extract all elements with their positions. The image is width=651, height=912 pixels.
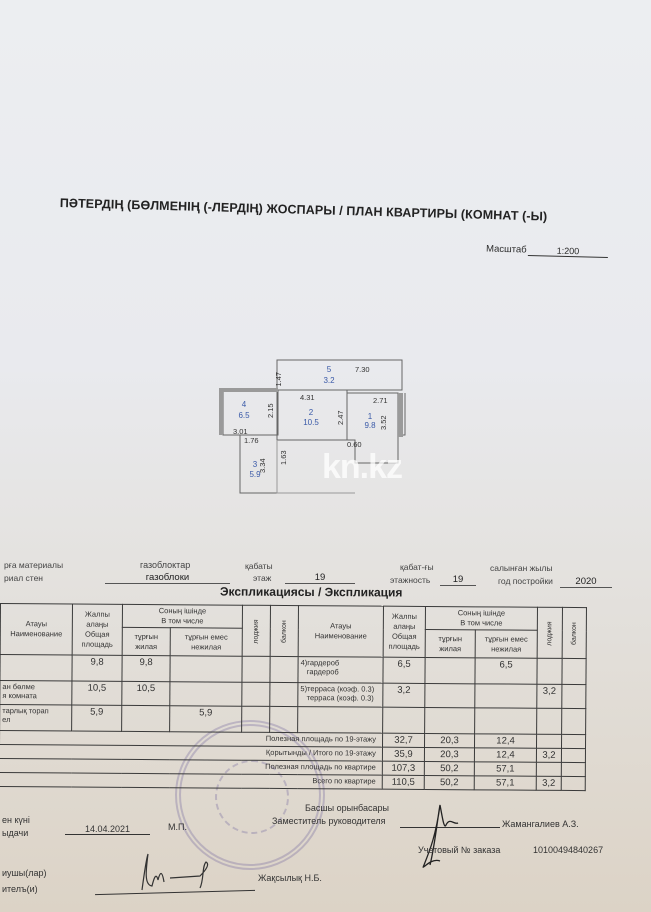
svg-text:10.5: 10.5 bbox=[303, 418, 319, 427]
date-label-ru: ыдачи bbox=[2, 828, 28, 838]
order-label: Учетовый № заказа bbox=[418, 845, 500, 855]
deputy-label-kz: Басшы орынбасары bbox=[305, 803, 389, 813]
header-loggia-2: лоджия bbox=[537, 607, 562, 658]
header-nonliving-2: тұрғын емеснежилая bbox=[475, 630, 537, 658]
seal-place-label: М.П. bbox=[168, 822, 187, 832]
year-label-kz: салынған жылы bbox=[490, 563, 553, 573]
totals-row: Всего по квартире 110,5 50,2 57,1 3,2 bbox=[0, 772, 585, 790]
svg-text:7.30: 7.30 bbox=[355, 365, 370, 374]
table-row: тарлық торапел 5,9 5,9 bbox=[0, 705, 586, 735]
floor-label-ru: этаж bbox=[253, 573, 271, 583]
svg-text:3.52: 3.52 bbox=[379, 415, 388, 430]
svg-text:1.47: 1.47 bbox=[274, 372, 283, 387]
year-label-ru: год постройки bbox=[498, 576, 553, 586]
header-total-2: Жалпы алаңыОбщая площадь bbox=[383, 606, 425, 657]
svg-text:2.15: 2.15 bbox=[266, 403, 275, 418]
room-5-terrace bbox=[277, 360, 402, 390]
deputy-signature bbox=[410, 795, 470, 875]
svg-text:5.9: 5.9 bbox=[249, 470, 261, 479]
floors-label-kz: қабат-ғы bbox=[400, 562, 434, 572]
floors-value: 19 bbox=[440, 574, 476, 586]
explication-table: АтауыНаименование Жалпы алаңыОбщая площа… bbox=[0, 603, 587, 791]
svg-text:2.47: 2.47 bbox=[336, 410, 345, 425]
order-number: 10100494840267 bbox=[533, 845, 603, 855]
svg-text:3.2: 3.2 bbox=[323, 376, 335, 385]
year-value: 2020 bbox=[560, 576, 612, 588]
table-row: 9,8 9,8 4)гардероб гардероб 6,5 6,5 bbox=[0, 655, 586, 685]
wall-material-label-ru: риал стен bbox=[4, 573, 43, 583]
floors-label-ru: этажность bbox=[390, 575, 430, 585]
svg-text:1.76: 1.76 bbox=[244, 436, 259, 445]
header-living: тұрғынжилая bbox=[122, 627, 170, 655]
wall-material-kz: газоблоктар bbox=[140, 560, 190, 570]
owner-name: Жақсылық Н.Б. bbox=[258, 873, 322, 883]
owner-label-kz: иушы(лар) bbox=[2, 868, 46, 878]
svg-text:9.8: 9.8 bbox=[364, 421, 376, 430]
svg-text:2.71: 2.71 bbox=[373, 396, 388, 405]
header-name: АтауыНаименование bbox=[0, 604, 72, 656]
issue-date: 14.04.2021 bbox=[65, 824, 150, 835]
deputy-name: Жамангалиев А.З. bbox=[502, 819, 579, 829]
header-name-2: АтауыНаименование bbox=[298, 606, 383, 658]
header-loggia: лоджия bbox=[242, 605, 270, 656]
header-balcony: балкон bbox=[270, 605, 298, 656]
document-title: ПӘТЕРДІҢ (БӨЛМЕНІҢ (-ЛЕРДІҢ) ЖОСПАРЫ / П… bbox=[60, 196, 548, 224]
room-4-number: 4 bbox=[242, 400, 247, 409]
header-nonliving: тұрғын емеснежилая bbox=[170, 628, 242, 657]
header-including-2: Соның ішіндеВ том числе bbox=[425, 606, 537, 630]
svg-text:4.31: 4.31 bbox=[300, 393, 315, 402]
date-label-kz: ен күні bbox=[2, 815, 30, 825]
header-total: Жалпы алаңыОбщая площадь bbox=[72, 604, 122, 655]
header-balcony-2: балкон bbox=[562, 607, 586, 658]
explication-title: Экспликациясы / Экспликация bbox=[220, 585, 402, 600]
owner-label-ru: ителъ(и) bbox=[2, 884, 38, 894]
room-2-number: 2 bbox=[309, 408, 314, 417]
wall-material-label-kz: рға материалы bbox=[4, 560, 63, 570]
wall-material-ru: газоблоки bbox=[105, 572, 230, 584]
svg-text:6.5: 6.5 bbox=[238, 411, 250, 420]
room-5-number: 5 bbox=[327, 365, 332, 374]
watermark: kn.kz bbox=[322, 448, 402, 487]
floor-value: 19 bbox=[285, 572, 355, 584]
floor-label-kz: қабаты bbox=[245, 561, 273, 571]
scale-label: Масштаб bbox=[486, 243, 527, 255]
header-living-2: тұрғынжилая bbox=[425, 629, 475, 657]
deputy-label-ru: Заместитель руководителя bbox=[272, 816, 386, 826]
room-3-number: 3 bbox=[253, 460, 258, 469]
header-including: Соның ішіндеВ том числе bbox=[122, 604, 242, 628]
scale-value: 1:200 bbox=[528, 245, 608, 258]
room-1-number: 1 bbox=[368, 412, 373, 421]
owner-signature bbox=[130, 850, 240, 895]
svg-text:3.01: 3.01 bbox=[233, 427, 248, 436]
svg-text:1.63: 1.63 bbox=[279, 450, 288, 465]
